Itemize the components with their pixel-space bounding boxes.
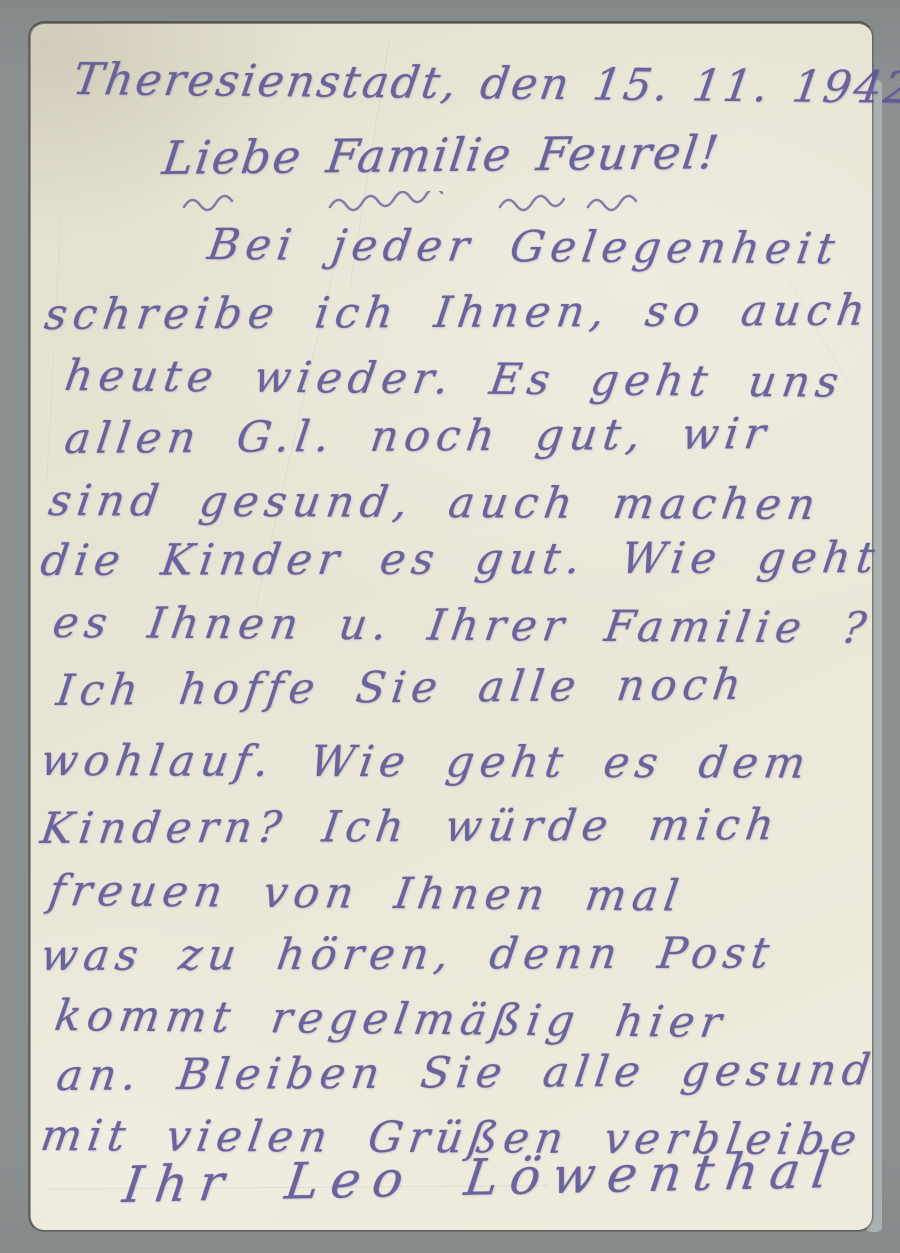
letter-line: Ich hoffe Sie alle noch — [54, 664, 749, 713]
letter-line: allen G.l. noch gut, wir — [62, 413, 774, 461]
letter-line: mit vielen Grüßen verbleibe — [38, 1115, 865, 1162]
letter-line: kommt regelmäßig hier — [52, 995, 730, 1045]
letter-salutation: Liebe Familie Feurel! — [160, 129, 723, 181]
letter-line: sind gesund, auch machen — [46, 480, 824, 527]
letter-line: schreibe ich Ihnen, so auch — [42, 290, 873, 337]
letter-line: heute wieder. Es geht uns — [62, 355, 847, 405]
letter-line: Kindern? Ich würde mich — [38, 804, 782, 851]
paper-crease — [787, 280, 859, 402]
salutation-underline — [180, 191, 650, 217]
letter-line: freuen von Ihnen mal — [46, 870, 687, 919]
paper-crease — [45, 213, 61, 483]
letter-line: Bei jeder Gelegenheit — [205, 224, 843, 271]
paper-crease — [254, 275, 332, 607]
paper-crease — [348, 38, 389, 285]
letter-line: wohlauf. Wie geht es dem — [38, 740, 814, 786]
letter-signature: Ihr Leo Löwenthal — [120, 1145, 844, 1210]
letter-line: die Kinder es gut. Wie geht — [38, 537, 883, 583]
letter-line: was zu hören, denn Post — [38, 932, 778, 978]
letter-line: an. Bleiben Sie alle gesund — [54, 1049, 879, 1098]
photo-background: Theresienstadt, den 15. 11. 1942. Liebe … — [0, 0, 900, 1253]
letter-line: es Ihnen u. Ihrer Familie ? — [50, 602, 875, 651]
paper-crease — [48, 1183, 548, 1189]
letter-dateline: Theresienstadt, den 15. 11. 1942. — [70, 58, 900, 111]
postcard: Theresienstadt, den 15. 11. 1942. Liebe … — [30, 23, 872, 1230]
